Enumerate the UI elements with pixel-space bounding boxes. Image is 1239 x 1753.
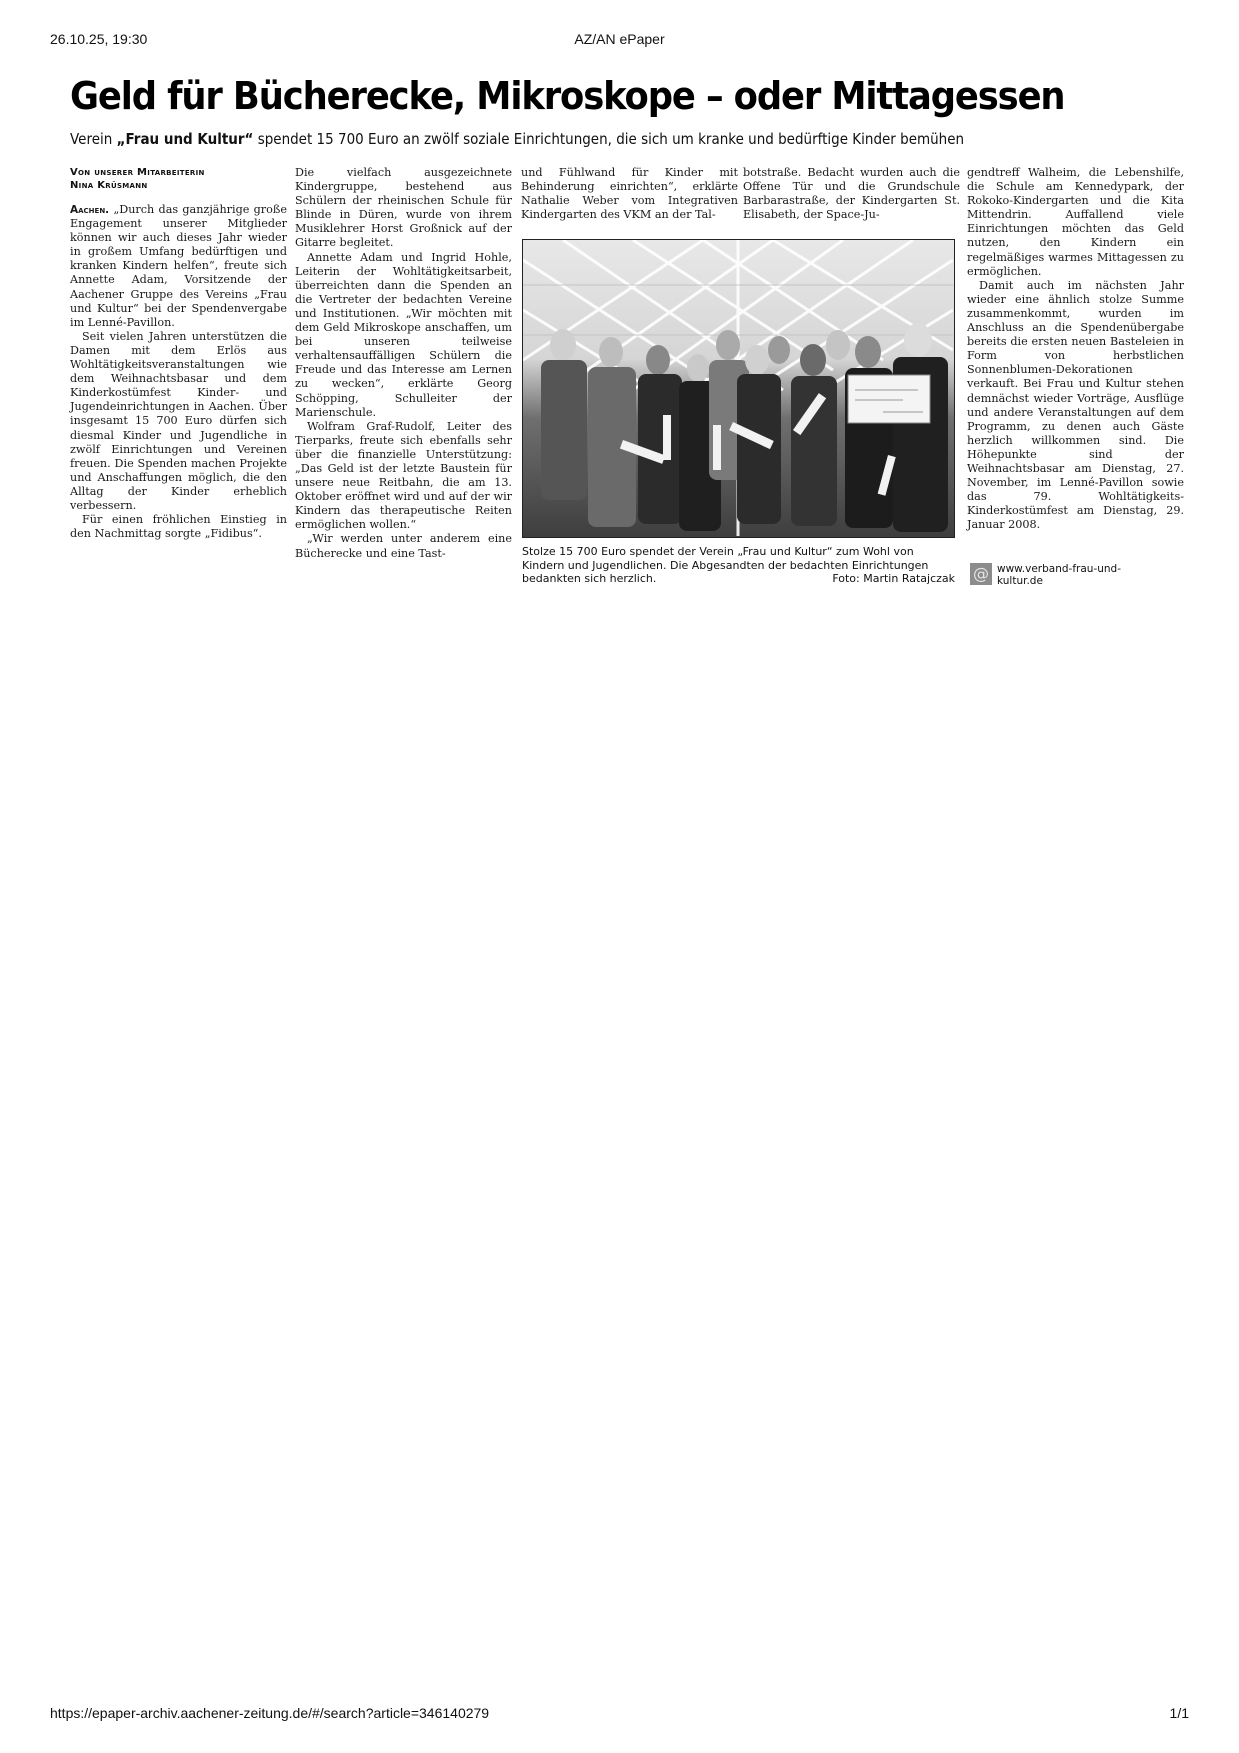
article-column-4: botstraße. Bedacht wurden auch die Offen…: [743, 166, 960, 222]
paragraph: gendtreff Walheim, die Lebenshilfe, die …: [967, 166, 1184, 279]
paragraph: Die vielfach ausgezeichnete Kindergruppe…: [295, 166, 512, 251]
group-photo-illustration: [523, 240, 953, 536]
photo-credit: Foto: Martin Ratajczak: [832, 572, 955, 586]
paragraph: Seit vielen Jahren unterstützen die Dame…: [70, 330, 287, 513]
cheque: [848, 375, 930, 423]
at-icon: @: [970, 563, 992, 585]
article-column-3: und Fühlwand für Kinder mit Behinderung …: [521, 166, 738, 222]
byline-role: Von unserer Mitarbeiterin: [70, 166, 287, 179]
subhead-prefix: Verein: [70, 130, 117, 148]
paragraph: Für einen fröhlichen Einstieg in den Nac…: [70, 513, 287, 541]
article-column-1: Von unserer Mitarbeiterin Nina Krüsmann …: [70, 166, 287, 541]
paragraph: und Fühlwand für Kinder mit Behinderung …: [521, 166, 738, 222]
print-footer-url: https://epaper-archiv.aachener-zeitung.d…: [50, 1705, 489, 1721]
article-photo: [522, 239, 955, 538]
weblink-url[interactable]: www.verband-frau-und-kultur.de: [997, 563, 1127, 587]
article-column-2: Die vielfach ausgezeichnete Kindergruppe…: [295, 166, 512, 561]
paragraph: Aachen. „Durch das ganzjährige große Eng…: [70, 203, 287, 330]
paragraph: Damit auch im nächsten Jahr wieder eine …: [967, 279, 1184, 533]
print-header-title: AZ/AN ePaper: [0, 31, 1239, 47]
subhead-suffix: spendet 15 700 Euro an zwölf soziale Ein…: [253, 130, 964, 148]
subhead-org-name: „Frau und Kultur“: [117, 130, 254, 148]
article-headline: Geld für Bücherecke, Mikroskope – oder M…: [70, 74, 1093, 118]
print-footer-page-number: 1/1: [1170, 1705, 1189, 1721]
byline-author: Nina Krüsmann: [70, 179, 287, 192]
dateline: Aachen.: [70, 204, 109, 216]
paragraph: Wolfram Graf-Rudolf, Leiter des Tierpark…: [295, 420, 512, 533]
article-column-5: gendtreff Walheim, die Lebenshilfe, die …: [967, 166, 1184, 532]
article-subhead: Verein „Frau und Kultur“ spendet 15 700 …: [70, 130, 1105, 148]
paragraph: botstraße. Bedacht wurden auch die Offen…: [743, 166, 960, 222]
weblink[interactable]: @ www.verband-frau-und-kultur.de: [970, 563, 1127, 587]
paragraph: Annette Adam und Ingrid Hohle, Leiterin …: [295, 251, 512, 420]
paragraph: „Wir werden unter anderem eine Büchereck…: [295, 532, 512, 560]
photo-caption: Stolze 15 700 Euro spendet der Verein „F…: [522, 545, 955, 586]
byline: Von unserer Mitarbeiterin Nina Krüsmann: [70, 166, 287, 192]
